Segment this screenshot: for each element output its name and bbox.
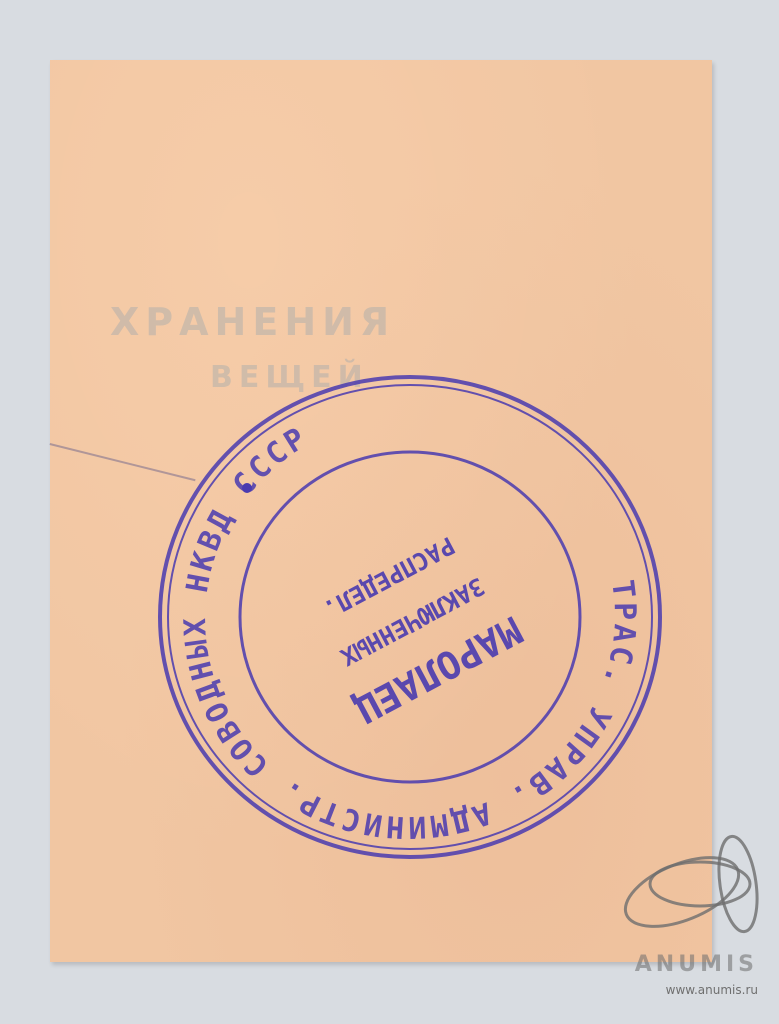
star-icon bbox=[242, 483, 252, 493]
round-stamp: ТРАС. УПРАВ. АДМИНИСТР. СОВОДНЫХ НКВД СС… bbox=[150, 365, 670, 865]
faded-print-line-1: ХРАНЕНИЯ bbox=[110, 300, 395, 344]
anumis-logo-icon bbox=[620, 832, 760, 942]
watermark-url: www.anumis.ru bbox=[640, 983, 758, 997]
watermark-brand: ANUMIS bbox=[588, 952, 758, 977]
